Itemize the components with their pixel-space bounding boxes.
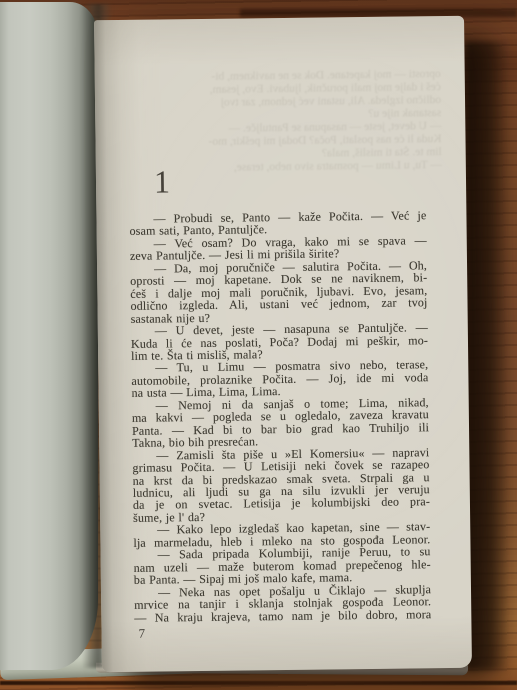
show-through-line: — Tu, u Limu — posmatra sivo nebo, teras… xyxy=(142,159,442,176)
chapter-number: 1 xyxy=(154,165,170,197)
book-cast-shadow xyxy=(466,42,510,670)
photo-of-open-book: oprosti — moj kapetane. Dok se ne navikn… xyxy=(0,0,517,690)
page-text: — Probudi se, Panto — kaže Počita. — Već… xyxy=(129,209,431,624)
wood-plank-gap-bottom xyxy=(0,681,517,685)
page-number: 7 xyxy=(138,626,145,642)
show-through-text: oprosti — moj kapetane. Dok se ne navikn… xyxy=(141,68,442,176)
book-page: oprosti — moj kapetane. Dok se ne navikn… xyxy=(94,16,472,672)
text-line: — Na kraju krajeva, tamo nam je bilo dob… xyxy=(134,608,431,624)
